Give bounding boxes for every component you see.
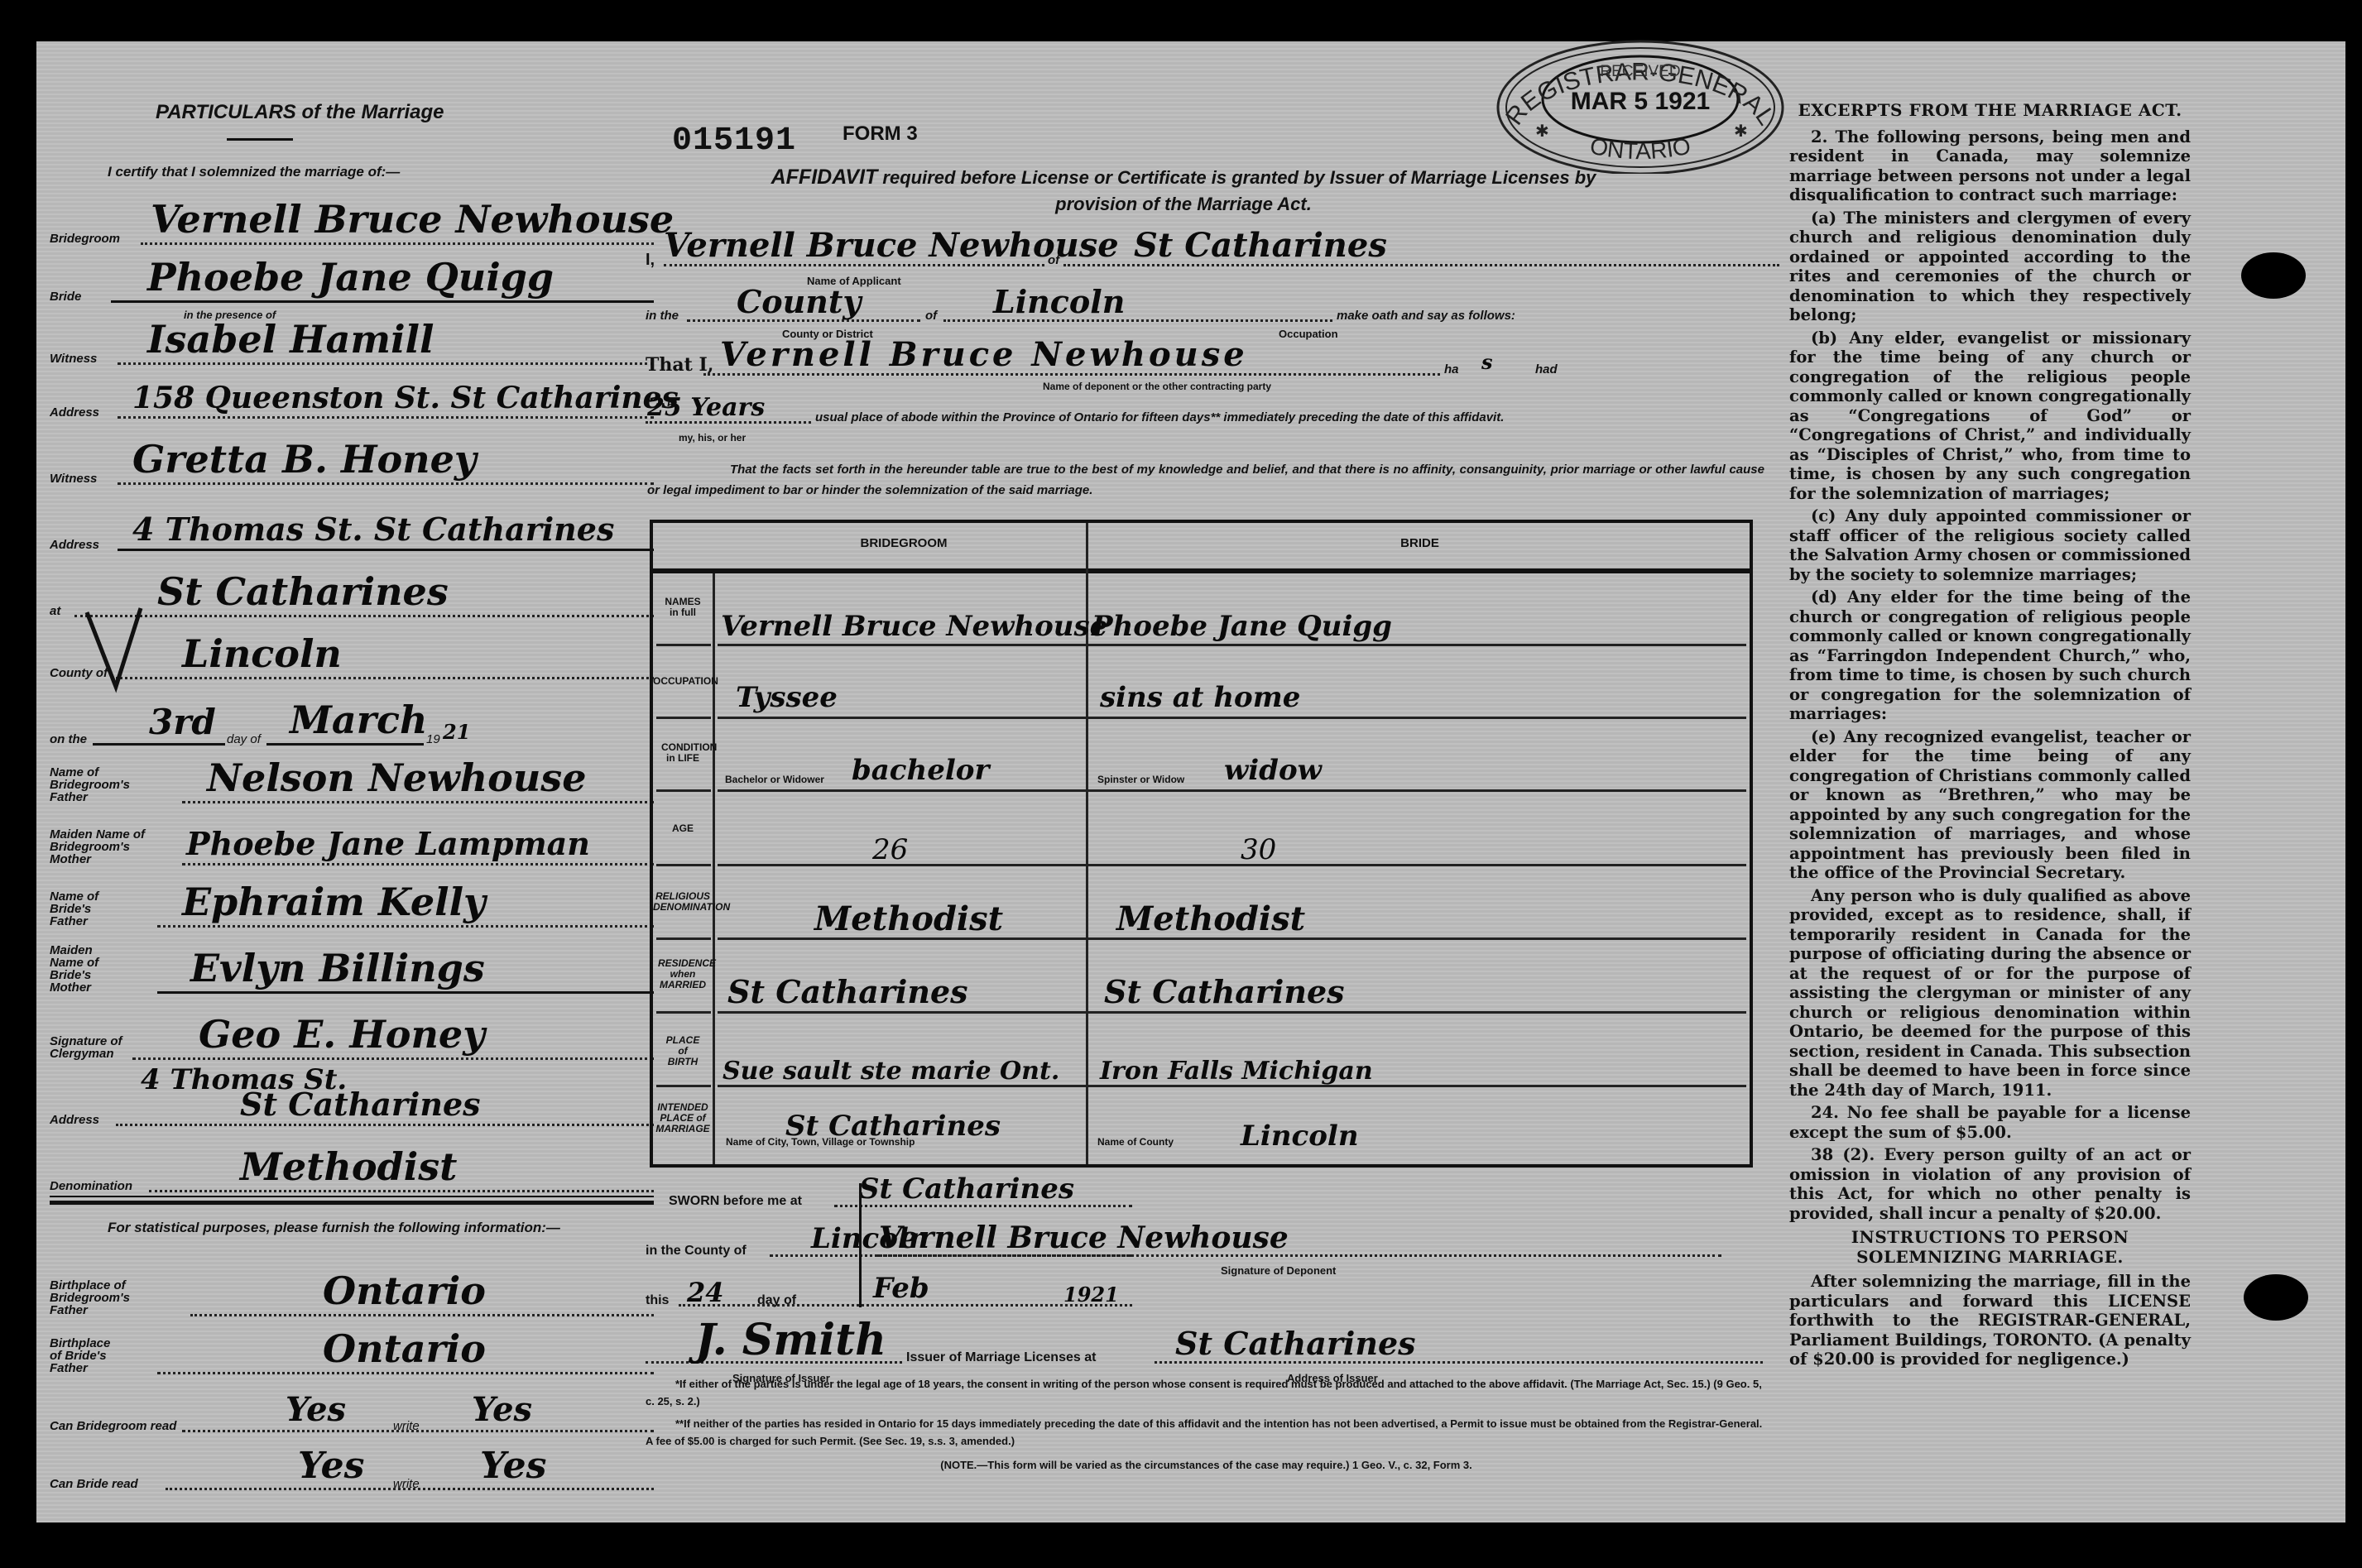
issuer-signature: J. Smith <box>695 1315 886 1365</box>
write-label: write <box>393 1478 420 1490</box>
sworn-county-label: in the County of <box>646 1244 747 1257</box>
field-label: Bridegroom <box>50 233 120 245</box>
groom-religion: Methodist <box>814 899 1003 938</box>
had-label: had <box>1535 363 1558 376</box>
sworn-day-of-label: day of <box>757 1294 796 1307</box>
year-prefix: 19 <box>426 733 440 746</box>
field-groom-father: Name of Bridegroom's Father Nelson Newho… <box>50 749 654 807</box>
excerpt-residence: Any person who is duly qualified as abov… <box>1789 886 2191 1100</box>
field-bride-father: Name of Bride's Father Ephraim Kelly <box>50 873 654 931</box>
field-label: Witness <box>50 352 97 365</box>
excerpt-a: (a) The ministers and clergymen of every… <box>1789 209 2191 325</box>
field-label: Address <box>50 539 99 551</box>
field-groom-literacy: Can Bridegroom read Yes write Yes <box>50 1378 654 1436</box>
field-value: Lincoln <box>182 631 342 676</box>
svg-text:ONTARIO: ONTARIO <box>1588 132 1693 164</box>
bride-religion: Methodist <box>1116 899 1305 938</box>
field-label: Can Bridegroom read <box>50 1420 176 1432</box>
field-label: Birthplace of Bridegroom's Father <box>50 1279 149 1316</box>
marriage-date-row: on the 3rd day of March 19 21 <box>50 691 654 749</box>
bride-age: 30 <box>1241 833 1276 866</box>
field-value: 158 Queenston St. St Catharines <box>132 381 679 415</box>
row-label: RELIGIOUS DENOMINATION <box>653 891 713 913</box>
day-of-label: day of <box>227 733 261 746</box>
statistical-note: For statistical purposes, please furnish… <box>50 1216 654 1239</box>
row-label: AGE <box>653 823 713 834</box>
field-groom-mother: Maiden Name of Bridegroom's Mother Phoeb… <box>50 811 654 869</box>
deponent-signature-row: Vernell Bruce Newhouse <box>861 1216 1771 1262</box>
punch-hole-top <box>2241 252 2306 299</box>
stamp-oval-icon: REGISTRAR-GENERAL ONTARIO RECEIVED MAR 5… <box>1487 33 1793 174</box>
field-value: Phoebe Jane Quigg <box>147 255 554 300</box>
field-value: Gretta B. Honey <box>132 437 477 482</box>
col-header-bridegroom: BRIDEGROOM <box>718 536 1090 550</box>
sworn-year: 1921 <box>1063 1283 1119 1307</box>
field-label: Address <box>50 406 99 419</box>
particulars-table: BRIDEGROOM BRIDE NAMES in full Vernell B… <box>650 520 1753 1168</box>
groom-condition: bachelor <box>852 754 989 787</box>
field-label: Witness <box>50 472 97 485</box>
county-row: in the County of Lincoln make oath and s… <box>646 285 1779 327</box>
bride-occupation: sins at home <box>1100 681 1300 714</box>
issuer-address: St Catharines <box>1175 1325 1416 1362</box>
excerpt-e: (e) Any recognized evangelist, teacher o… <box>1789 727 2191 883</box>
field-value: Vernell Bruce Newhouse <box>151 197 674 242</box>
field-label: Name of Bride's Father <box>50 890 124 928</box>
checkmark-icon <box>83 604 149 695</box>
stamp-bottom-text: ONTARIO <box>1588 132 1693 164</box>
field-bridegroom: Bridegroom Vernell Bruce Newhouse <box>50 190 654 248</box>
table-row-religion: RELIGIOUS DENOMINATION Methodist Methodi… <box>653 866 1750 940</box>
form-title: FORM 3 <box>843 122 918 146</box>
field-clergy-address: 4 Thomas St. Address St Catharines <box>50 1063 654 1129</box>
groom-occupation: Tyssee <box>736 681 838 714</box>
abode-caption: my, his, or her <box>679 432 746 444</box>
row-label: CONDITION in LIFE <box>653 742 713 764</box>
of-label-2: of <box>925 309 937 322</box>
abode-row: 25 Years usual place of abode within the… <box>646 389 1779 430</box>
row-label: OCCUPATION <box>653 676 713 687</box>
field-value: Nelson Newhouse <box>207 755 586 800</box>
bride-birthplace: Iron Falls Michigan <box>1100 1057 1373 1086</box>
excerpts-column: EXCERPTS FROM THE MARRIAGE ACT. 2. The f… <box>1789 101 2191 1373</box>
marriage-year: 21 <box>443 720 470 744</box>
field-witness-2: Witness Gretta B. Honey <box>50 430 654 488</box>
ha-label: ha <box>1444 363 1459 376</box>
sworn-day: 24 <box>687 1277 724 1308</box>
field-label: Bride <box>50 290 81 303</box>
table-row-birthplace: PLACE of BIRTH Sue sault ste marie Ont. … <box>653 1014 1750 1087</box>
deponent-name: Vernell Bruce Newhouse <box>720 335 1248 374</box>
certify-text: I certify that I solemnized the marriage… <box>108 164 400 180</box>
applicant-residence: St Catharines <box>1134 226 1387 265</box>
excerpt-c: (c) Any duly appointed commissioner or s… <box>1789 506 2191 584</box>
field-value: Ontario <box>323 1326 486 1371</box>
bride-condition-caption: Spinster or Widow <box>1097 774 1184 785</box>
field-label: Name of Bridegroom's Father <box>50 766 141 803</box>
groom-residence: St Catharines <box>727 973 968 1010</box>
marriage-day: 3rd <box>149 702 216 742</box>
of-label: of <box>1048 254 1059 266</box>
field-value: St Catharines <box>157 569 449 614</box>
groom-can-write: Yes <box>472 1390 532 1429</box>
issuer-text: Issuer of Marriage Licenses at <box>906 1351 1096 1364</box>
field-value: Methodist <box>240 1144 457 1189</box>
footnote-residence: **If neither of the parties has resided … <box>646 1415 1767 1450</box>
ha-mark: s <box>1481 350 1493 374</box>
groom-birthplace: Sue sault ste marie Ont. <box>723 1057 1059 1086</box>
deponent-row: That I, Vernell Bruce Newhouse ha s had <box>646 335 1779 381</box>
field-value: Ephraim Kelly <box>182 880 486 924</box>
clergyman-signature: Geo E. Honey <box>199 1012 485 1057</box>
write-label: write <box>393 1420 420 1432</box>
field-label: Address <box>50 1114 99 1126</box>
field-witness-1: Witness Isabel Hamill <box>50 310 654 368</box>
field-bride-literacy: Can Bride read Yes write Yes <box>50 1436 654 1494</box>
bride-county-caption: Name of County <box>1097 1136 1174 1148</box>
field-label: Signature of Clergyman <box>50 1035 124 1060</box>
affidavit-heading-line2: provision of the Marriage Act. <box>1055 194 1312 214</box>
excerpt-section-24: 24. No fee shall be payable for a licens… <box>1789 1103 2191 1142</box>
field-groom-father-birthplace: Birthplace of Bridegroom's Father Ontari… <box>50 1262 654 1320</box>
field-label: Denomination <box>50 1180 132 1192</box>
table-row-condition: CONDITION in LIFE Bachelor or Widower ba… <box>653 719 1750 792</box>
on-the-label: on the <box>50 733 87 746</box>
field-bride-mother: Maiden Name of Bride's Mother Evlyn Bill… <box>50 939 654 997</box>
field-denomination: Denomination Methodist <box>50 1138 654 1196</box>
stamp-star-right-icon: ✱ <box>1734 122 1748 141</box>
stamp-date: MAR 5 1921 <box>1571 88 1710 115</box>
stamp-star-left-icon: ✱ <box>1535 122 1549 141</box>
row-label: RESIDENCE when MARRIED <box>653 958 713 990</box>
row-label: NAMES in full <box>653 597 713 618</box>
excerpts-title: EXCERPTS FROM THE MARRIAGE ACT. <box>1789 101 2191 121</box>
footnote-age: *If either of the parties is under the l… <box>646 1375 1767 1410</box>
field-value: Evlyn Billings <box>190 946 485 990</box>
row-label: INTENDED PLACE of MARRIAGE <box>653 1102 713 1134</box>
table-row-names: NAMES in full Vernell Bruce Newhouse Pho… <box>653 573 1750 646</box>
deponent-signature: Vernell Bruce Newhouse <box>879 1220 1289 1255</box>
affidavit-heading-bold: AFFIDAVIT <box>771 165 878 189</box>
table-row-residence: RESIDENCE when MARRIED St Catharines St … <box>653 940 1750 1014</box>
punch-hole-bottom <box>2244 1274 2308 1321</box>
row-label: PLACE of BIRTH <box>653 1035 713 1067</box>
oath-text: make oath and say as follows: <box>1337 309 1515 322</box>
field-bride-father-birthplace: Birthplace of Bride's Father Ontario <box>50 1320 654 1378</box>
col-header-bride: BRIDE <box>1090 536 1750 550</box>
table-row-occupation: OCCUPATION Tyssee sins at home <box>653 646 1750 719</box>
field-label: Maiden Name of Bridegroom's Mother <box>50 828 149 866</box>
county-name: Lincoln <box>993 283 1125 320</box>
field-label: Maiden Name of Bride's Mother <box>50 944 124 994</box>
bride-condition: widow <box>1224 754 1322 787</box>
table-row-age: AGE 26 30 <box>653 792 1750 866</box>
sworn-date-row: this 24 day of Feb 1921 <box>646 1266 1142 1311</box>
field-address-2: Address 4 Thomas St. St Catharines <box>50 496 654 554</box>
footnote-note: (NOTE.—This form will be varied as the c… <box>646 1456 1767 1474</box>
groom-intended-place: St Catharines <box>785 1110 1001 1143</box>
particulars-title: PARTICULARS of the Marriage <box>156 101 444 124</box>
instructions-text: After solemnizing the marriage, fill in … <box>1789 1272 2191 1369</box>
field-value: Ontario <box>323 1268 486 1313</box>
excerpt-d: (d) Any elder for the time being of the … <box>1789 587 2191 724</box>
form-serial-number: 015191 <box>672 122 796 160</box>
footnotes: *If either of the parties is under the l… <box>646 1375 1767 1474</box>
clergy-address-line2: St Catharines <box>240 1086 481 1123</box>
field-value: Isabel Hamill <box>147 317 434 362</box>
abode-duration: 25 Years <box>647 393 765 422</box>
marriage-month: March <box>290 698 427 742</box>
bride-residence: St Catharines <box>1104 973 1345 1010</box>
abode-text: usual place of abode within the Province… <box>815 411 1504 424</box>
field-label: Can Bride read <box>50 1478 138 1490</box>
sworn-place: St Catharines <box>859 1172 1074 1206</box>
field-label: at <box>50 605 60 617</box>
bride-can-write: Yes <box>480 1445 546 1487</box>
applicant-prefix: I, <box>646 254 655 266</box>
field-clergyman: Signature of Clergyman Geo E. Honey <box>50 1005 654 1063</box>
field-value: 4 Thomas St. St Catharines <box>132 511 614 548</box>
stamp-received-label: RECEIVED <box>1600 63 1680 80</box>
this-label: this <box>646 1294 669 1307</box>
groom-full-name: Vernell Bruce Newhouse <box>721 610 1107 643</box>
double-rule <box>50 1196 654 1205</box>
in-the-label: in the <box>646 309 679 322</box>
bride-intended-county: Lincoln <box>1241 1120 1359 1153</box>
field-bride: Bride Phoebe Jane Quigg <box>50 248 654 306</box>
deponent-signature-caption: Signature of Deponent <box>1221 1264 1336 1277</box>
sworn-label: SWORN before me at <box>669 1195 802 1207</box>
table-row-intended-place: INTENDED PLACE of MARRIAGE Name of City,… <box>653 1087 1750 1161</box>
bride-can-read: Yes <box>298 1445 364 1487</box>
field-value: Phoebe Jane Lampman <box>186 825 590 862</box>
sworn-at-row: SWORN before me at St Catharines <box>669 1167 1165 1212</box>
excerpt-b: (b) Any elder, evangelist or missionary … <box>1789 328 2191 504</box>
instructions-title: INSTRUCTIONS TO PERSON SOLEMNIZING MARRI… <box>1822 1228 2158 1267</box>
facts-statement: That the facts set forth in the hereunde… <box>647 459 1764 501</box>
bride-full-name: Phoebe Jane Quigg <box>1092 610 1392 643</box>
field-address-1: Address 158 Queenston St. St Catharines <box>50 364 654 422</box>
received-stamp: REGISTRAR-GENERAL ONTARIO RECEIVED MAR 5… <box>1487 33 1793 174</box>
groom-condition-caption: Bachelor or Widower <box>725 774 824 785</box>
sworn-month: Feb <box>873 1272 929 1305</box>
issuer-row: J. Smith Issuer of Marriage Licenses at … <box>646 1316 1771 1374</box>
groom-can-read: Yes <box>286 1390 346 1429</box>
excerpt-section-2: 2. The following persons, being men and … <box>1789 127 2191 205</box>
applicant-row: I, Vernell Bruce Newhouse of St Catharin… <box>646 223 1779 273</box>
county-type: County <box>737 283 861 320</box>
title-rule <box>227 138 293 141</box>
field-label: Birthplace of Bride's Father <box>50 1337 124 1374</box>
table-header: BRIDEGROOM BRIDE <box>653 523 1750 573</box>
groom-age: 26 <box>872 833 908 866</box>
excerpt-section-38: 38 (2). Every person guilty of an act or… <box>1789 1145 2191 1223</box>
